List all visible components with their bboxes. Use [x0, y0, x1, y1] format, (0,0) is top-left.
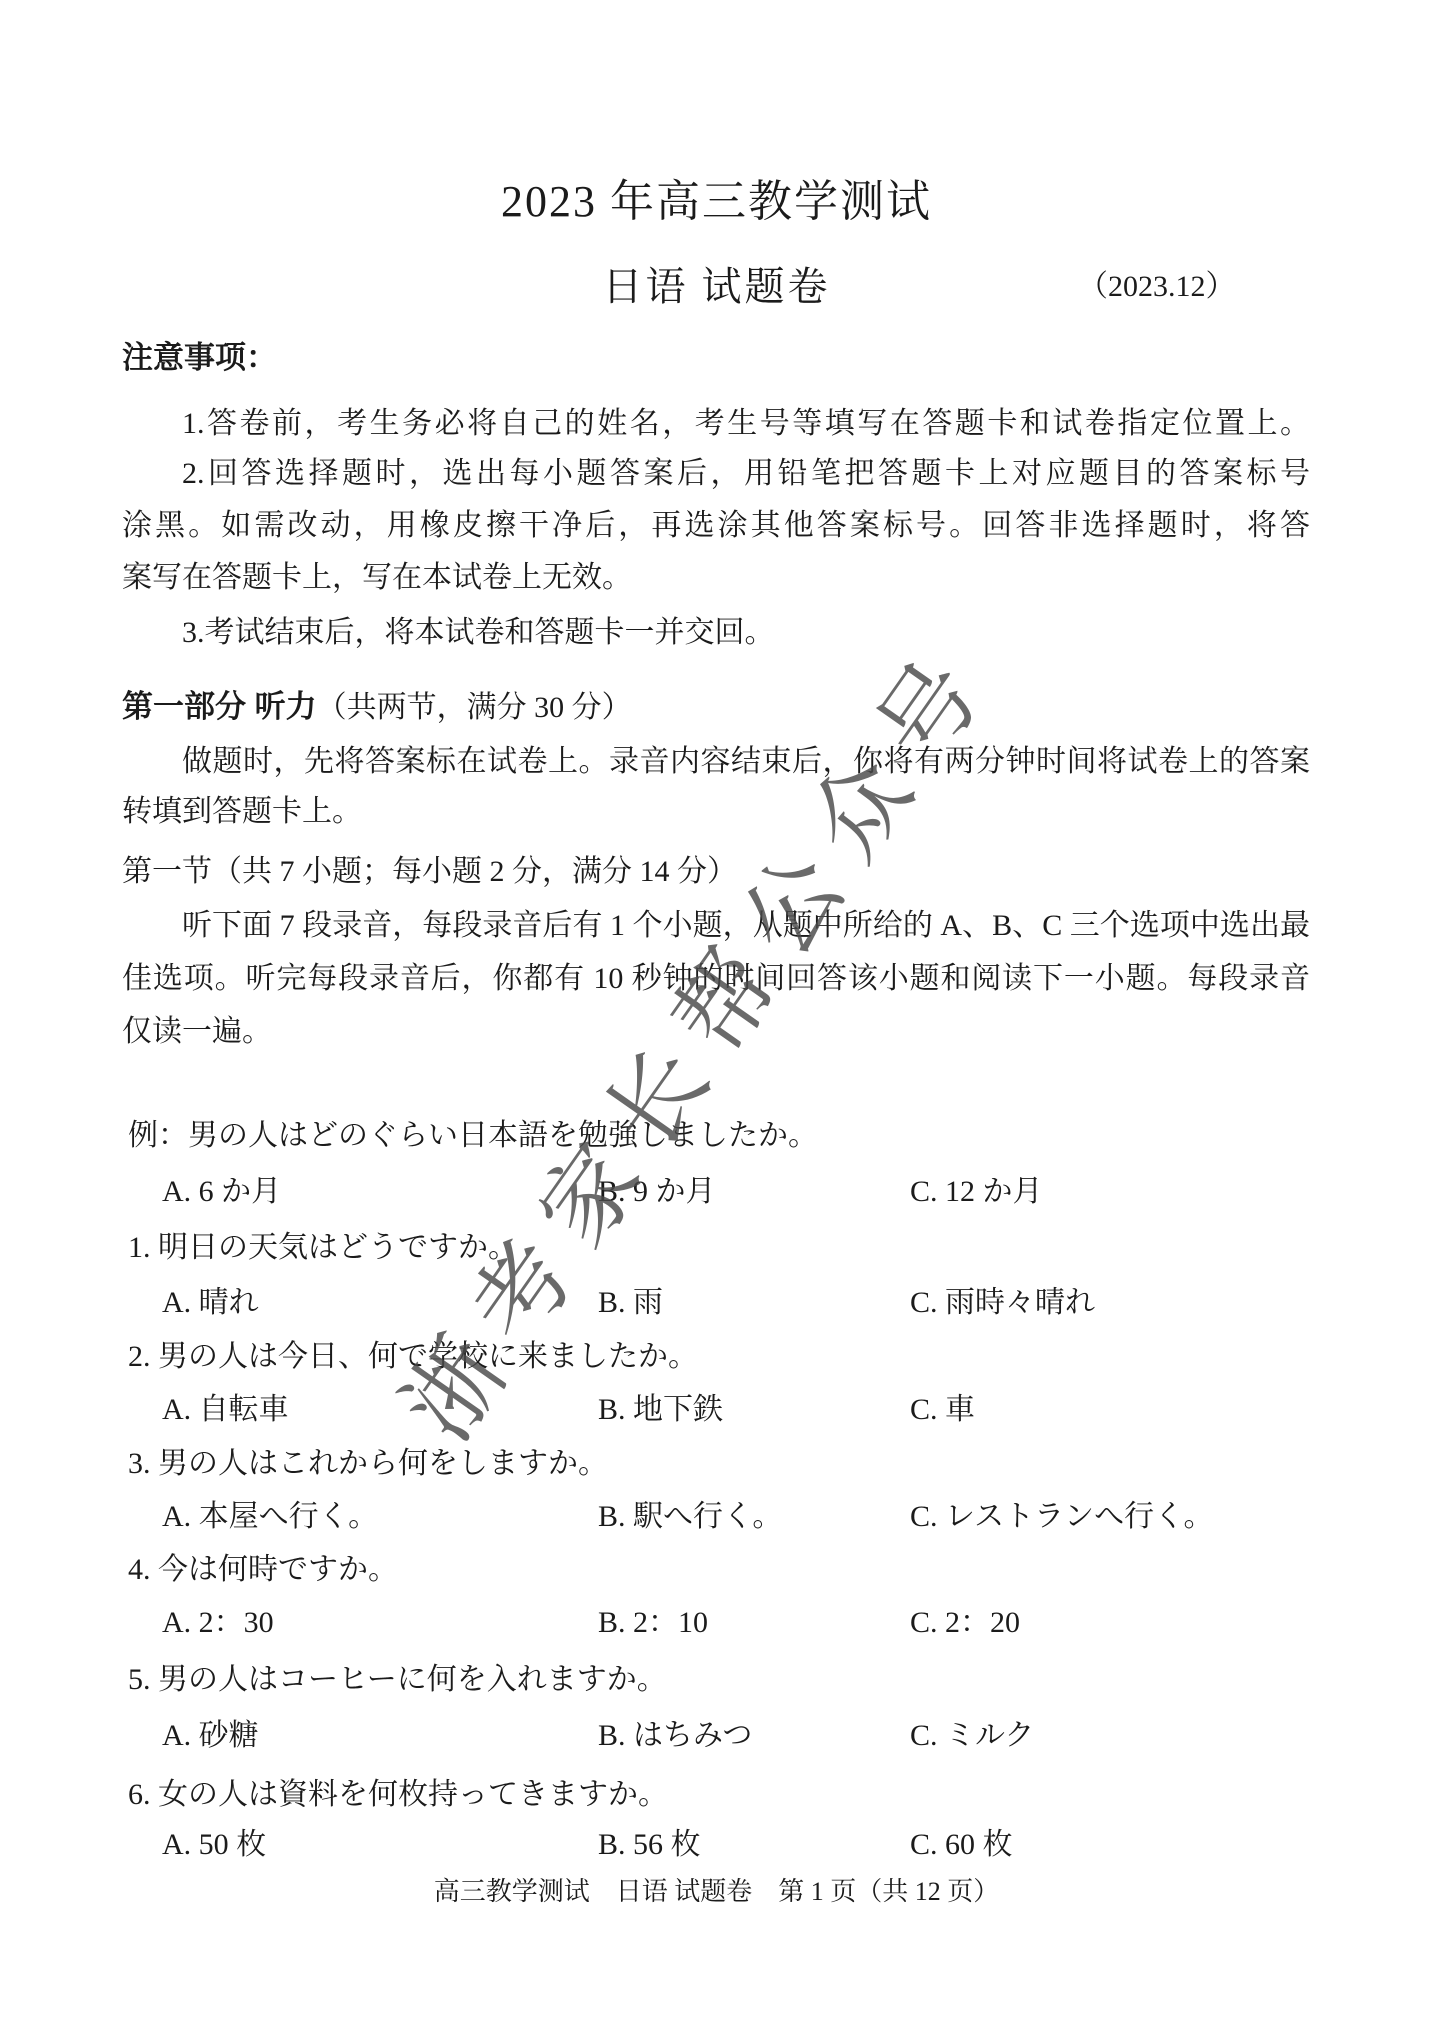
question-5-text: 5. 男の人はコーヒーに何を入れますか。 [128, 1660, 667, 1700]
question-3-option-c: C. レストランへ行く。 [910, 1497, 1214, 1537]
notice-heading: 注意事项： [122, 338, 277, 378]
question-2-option-a: A. 自転車 [162, 1390, 289, 1430]
listening-intro-line-1: 做题时，先将答案标在试卷上。录音内容结束后，你将有两分钟时间将试卷上的答案 [122, 742, 1310, 782]
question-1-option-a: A. 晴れ [162, 1283, 259, 1323]
question-4-option-a: A. 2：30 [162, 1603, 274, 1643]
part1-heading: 第一部分 听力（共两节，满分 30 分） [122, 687, 632, 728]
notice-item-1: 1.答卷前，考生务必将自己的姓名，考生号等填写在答题卡和试卷指定位置上。 [122, 404, 1310, 444]
question-3-text: 3. 男の人はこれから何をしますか。 [128, 1444, 608, 1484]
section1-instruction-line-2: 佳选项。听完每段录音后，你都有 10 秒钟的时间回答该小题和阅读下一小题。每段录… [122, 959, 1310, 999]
question-3-options-row: A. 本屋へ行く。 B. 駅へ行く。 C. レストランへ行く。 [0, 1497, 1433, 1537]
question-5-option-b: B. はちみつ [598, 1716, 752, 1756]
section1-instruction-line-1: 听下面 7 段录音，每段录音后有 1 个小题，从题中所给的 A、B、C 三个选项… [122, 906, 1310, 946]
notice-item-2-line-3: 案写在答题卡上，写在本试卷上无效。 [122, 558, 632, 598]
question-2-text: 2. 男の人は今日、何で学校に来ましたか。 [128, 1337, 698, 1377]
question-3-option-a: A. 本屋へ行く。 [162, 1497, 378, 1537]
exam-date: （2023.12） [1078, 267, 1236, 307]
page-footer: 高三教学测试 日语 试题卷 第 1 页（共 12 页） [0, 1874, 1433, 1910]
question-6-options-row: A. 50 枚 B. 56 枚 C. 60 枚 [0, 1825, 1433, 1865]
question-1-text: 1. 明日の天気はどうですか。 [128, 1228, 518, 1268]
exam-paper-page: 浙考家长帮公众号 2023 年高三教学测试 日语 试题卷 （2023.12） 注… [0, 0, 1433, 2024]
question-4-options-row: A. 2：30 B. 2：10 C. 2：20 [0, 1603, 1433, 1643]
example-option-b: B. 9 か月 [598, 1172, 716, 1212]
example-question: 例：男の人はどのぐらい日本語を勉強しましたか。 [128, 1116, 818, 1156]
question-5-option-c: C. ミルク [910, 1716, 1034, 1756]
part1-heading-bold: 第一部分 听力 [122, 689, 317, 724]
notice-item-2-line-1: 2.回答选择题时，选出每小题答案后，用铅笔把答题卡上对应题目的答案标号 [122, 454, 1310, 494]
diagonal-watermark: 浙考家长帮公众号 [365, 611, 1019, 1463]
notice-item-2-line-2: 涂黑。如需改动，用橡皮擦干净后，再选涂其他答案标号。回答非选择题时，将答 [122, 506, 1310, 546]
page-title: 2023 年高三教学测试 [0, 176, 1433, 228]
question-2-options-row: A. 自転車 B. 地下鉄 C. 車 [0, 1390, 1433, 1430]
section1-heading: 第一节（共 7 小题；每小题 2 分，满分 14 分） [122, 852, 737, 892]
listening-intro-line-2: 转填到答题卡上。 [122, 792, 362, 832]
question-3-option-b: B. 駅へ行く。 [598, 1497, 782, 1537]
question-1-option-b: B. 雨 [598, 1283, 663, 1323]
question-6-option-b: B. 56 枚 [598, 1825, 701, 1865]
example-option-a: A. 6 か月 [162, 1172, 281, 1212]
question-6-text: 6. 女の人は資料を何枚持ってきますか。 [128, 1775, 668, 1815]
question-2-option-b: B. 地下鉄 [598, 1390, 723, 1430]
question-5-options-row: A. 砂糖 B. はちみつ C. ミルク [0, 1716, 1433, 1756]
part1-heading-rest: （共两节，满分 30 分） [317, 691, 632, 724]
question-6-option-c: C. 60 枚 [910, 1825, 1013, 1865]
question-1-option-c: C. 雨時々晴れ [910, 1283, 1095, 1323]
example-options-row: A. 6 か月 B. 9 か月 C. 12 か月 [0, 1172, 1433, 1212]
question-5-option-a: A. 砂糖 [162, 1716, 259, 1756]
example-option-c: C. 12 か月 [910, 1172, 1043, 1212]
notice-item-3: 3.考试结束后，将本试卷和答题卡一并交回。 [122, 613, 775, 653]
question-2-option-c: C. 車 [910, 1390, 975, 1430]
section1-instruction-line-3: 仅读一遍。 [122, 1012, 272, 1052]
question-4-option-b: B. 2：10 [598, 1603, 708, 1643]
question-6-option-a: A. 50 枚 [162, 1825, 266, 1865]
question-4-text: 4. 今は何時ですか。 [128, 1550, 398, 1590]
question-1-options-row: A. 晴れ B. 雨 C. 雨時々晴れ [0, 1283, 1433, 1323]
question-4-option-c: C. 2：20 [910, 1603, 1020, 1643]
